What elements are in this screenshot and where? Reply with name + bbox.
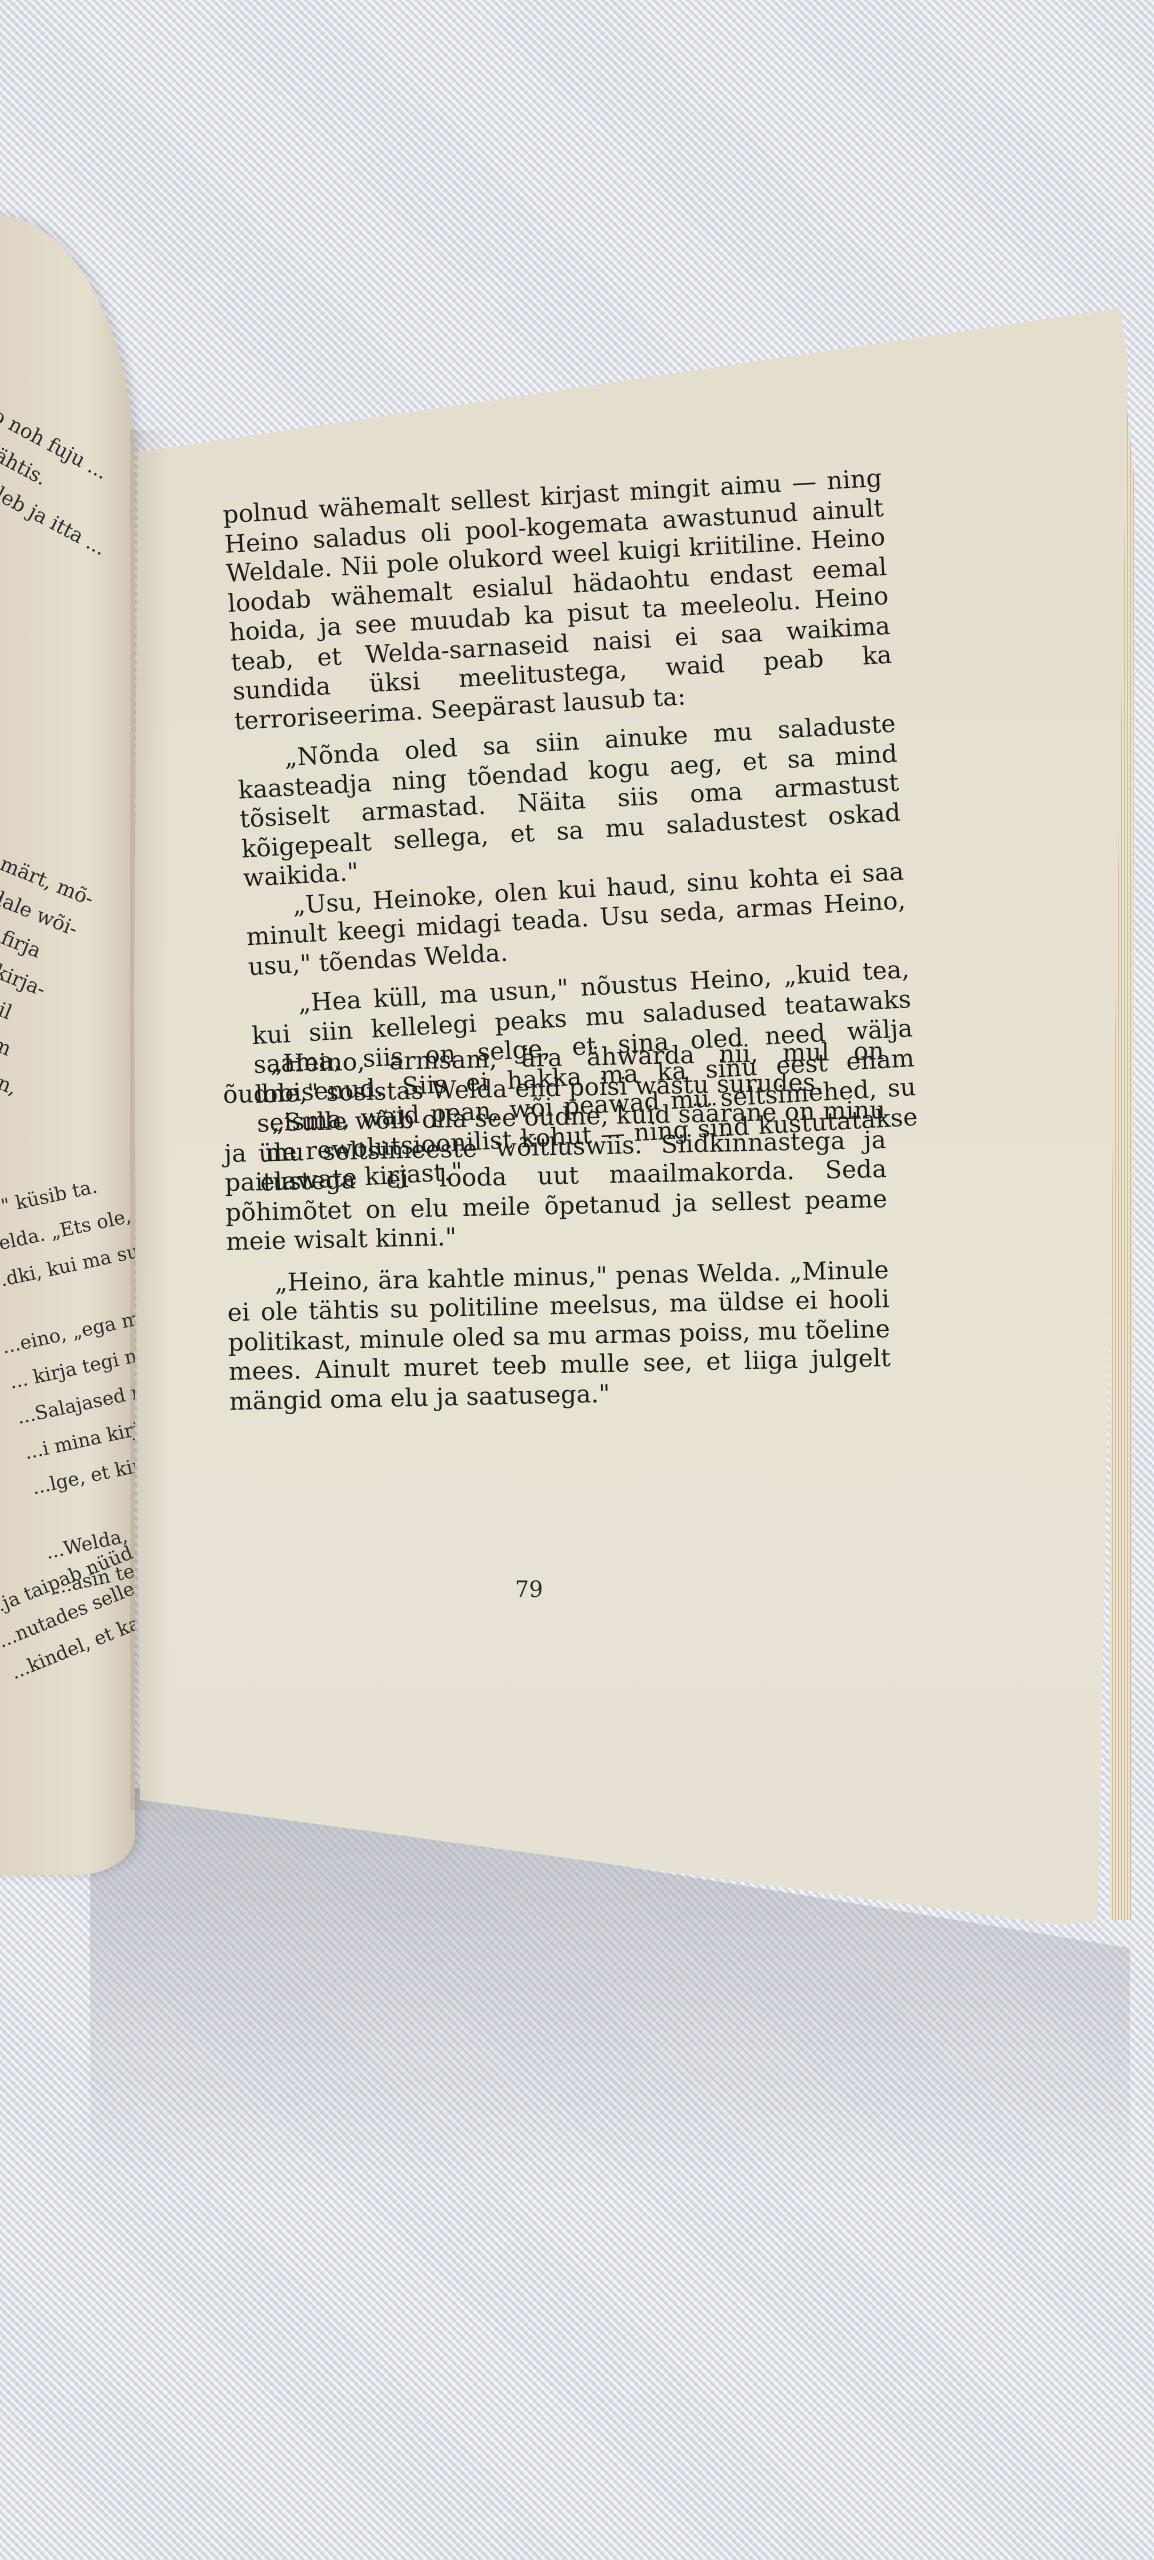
paragraph: „Heino, ära kahtle minus," penas Welda. … [227,1255,892,1416]
page-number: 79 [515,1578,543,1603]
page-body-lower: „Heino, armsam, ära ähwarda nii, mul on … [222,1036,892,1416]
gutter-shadow [130,430,170,1810]
paragraph: polnud wähemalt sellest kirjast mingit a… [222,463,894,735]
left-facing-page: ...lli wõhjo noh fuju ... ...le enam täh… [0,215,135,1875]
paragraph: „Sulle wõib olla see õudne, kuid säärane… [223,1095,888,1256]
left-page-text-middle: ...?" küsib ta. ...elda. „Ets ole, oli h… [0,1153,135,1605]
left-page-text-top: ...lli wõhjo noh fuju ... ...le enam täh… [0,355,135,597]
